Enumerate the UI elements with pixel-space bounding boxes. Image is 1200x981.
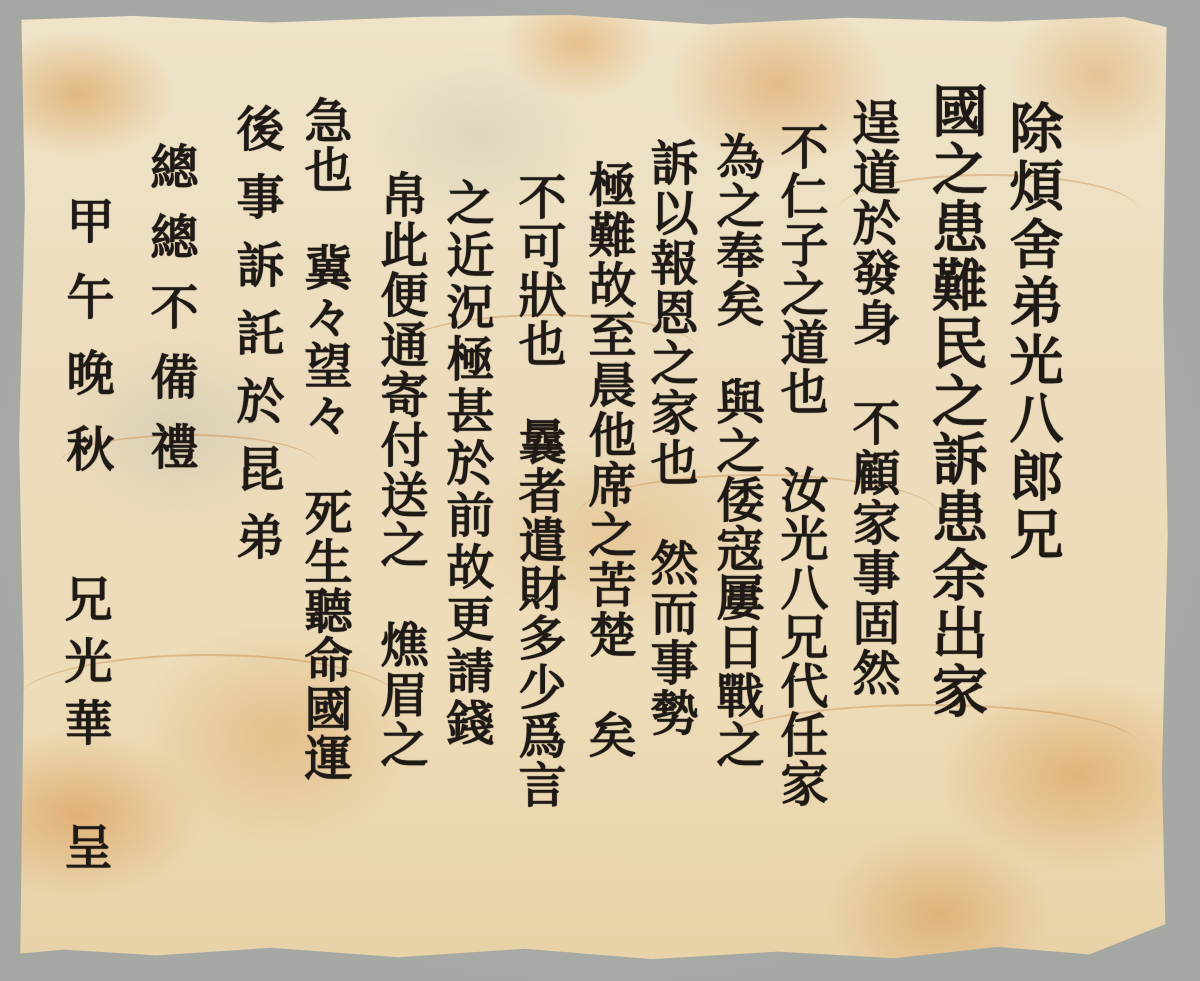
- letter-column-2: 國之患難民之訴患余出家: [928, 82, 984, 720]
- letter-column-3: 逞道於發身 不顧家事固然: [848, 98, 896, 698]
- letter-column-7: 極難故至晨他席之苦楚 矣: [584, 160, 632, 760]
- letter-text: 除煩舍弟光八郎兄 國之患難民之訴患余出家 逞道於發身 不顧家事固然 不仁子之道也…: [0, 0, 1200, 981]
- scan-background: 除煩舍弟光八郎兄 國之患難民之訴患余出家 逞道於發身 不顧家事固然 不仁子之道也…: [0, 0, 1200, 981]
- letter-column-8: 不可狀也 曩者遣財多少爲言: [514, 172, 562, 809]
- letter-column-6: 訴以報恩之家也 然而事勢: [646, 138, 694, 738]
- letter-column-11: 急也 冀々望々 死生聽命國運: [300, 96, 348, 782]
- letter-column-1: 除煩舍弟光八郎兄: [1006, 100, 1060, 564]
- letter-column-4: 不仁子之道也 汝光八兄代任家: [776, 122, 824, 808]
- letter-column-9: 之近況極甚於前故更請錢: [442, 178, 490, 750]
- letter-column-5: 為之奉矣 與之倭寇屢日戰之: [712, 132, 760, 769]
- letter-column-10: 帛此便通寄付送之 燋眉之: [376, 170, 424, 770]
- letter-date: 甲午晚秋: [62, 196, 110, 500]
- letter-column-12: 後事訴託於昆弟: [232, 104, 280, 580]
- letter-signature: 兄光華 呈: [60, 574, 108, 884]
- letter-column-13: 總總不備禮: [146, 142, 194, 492]
